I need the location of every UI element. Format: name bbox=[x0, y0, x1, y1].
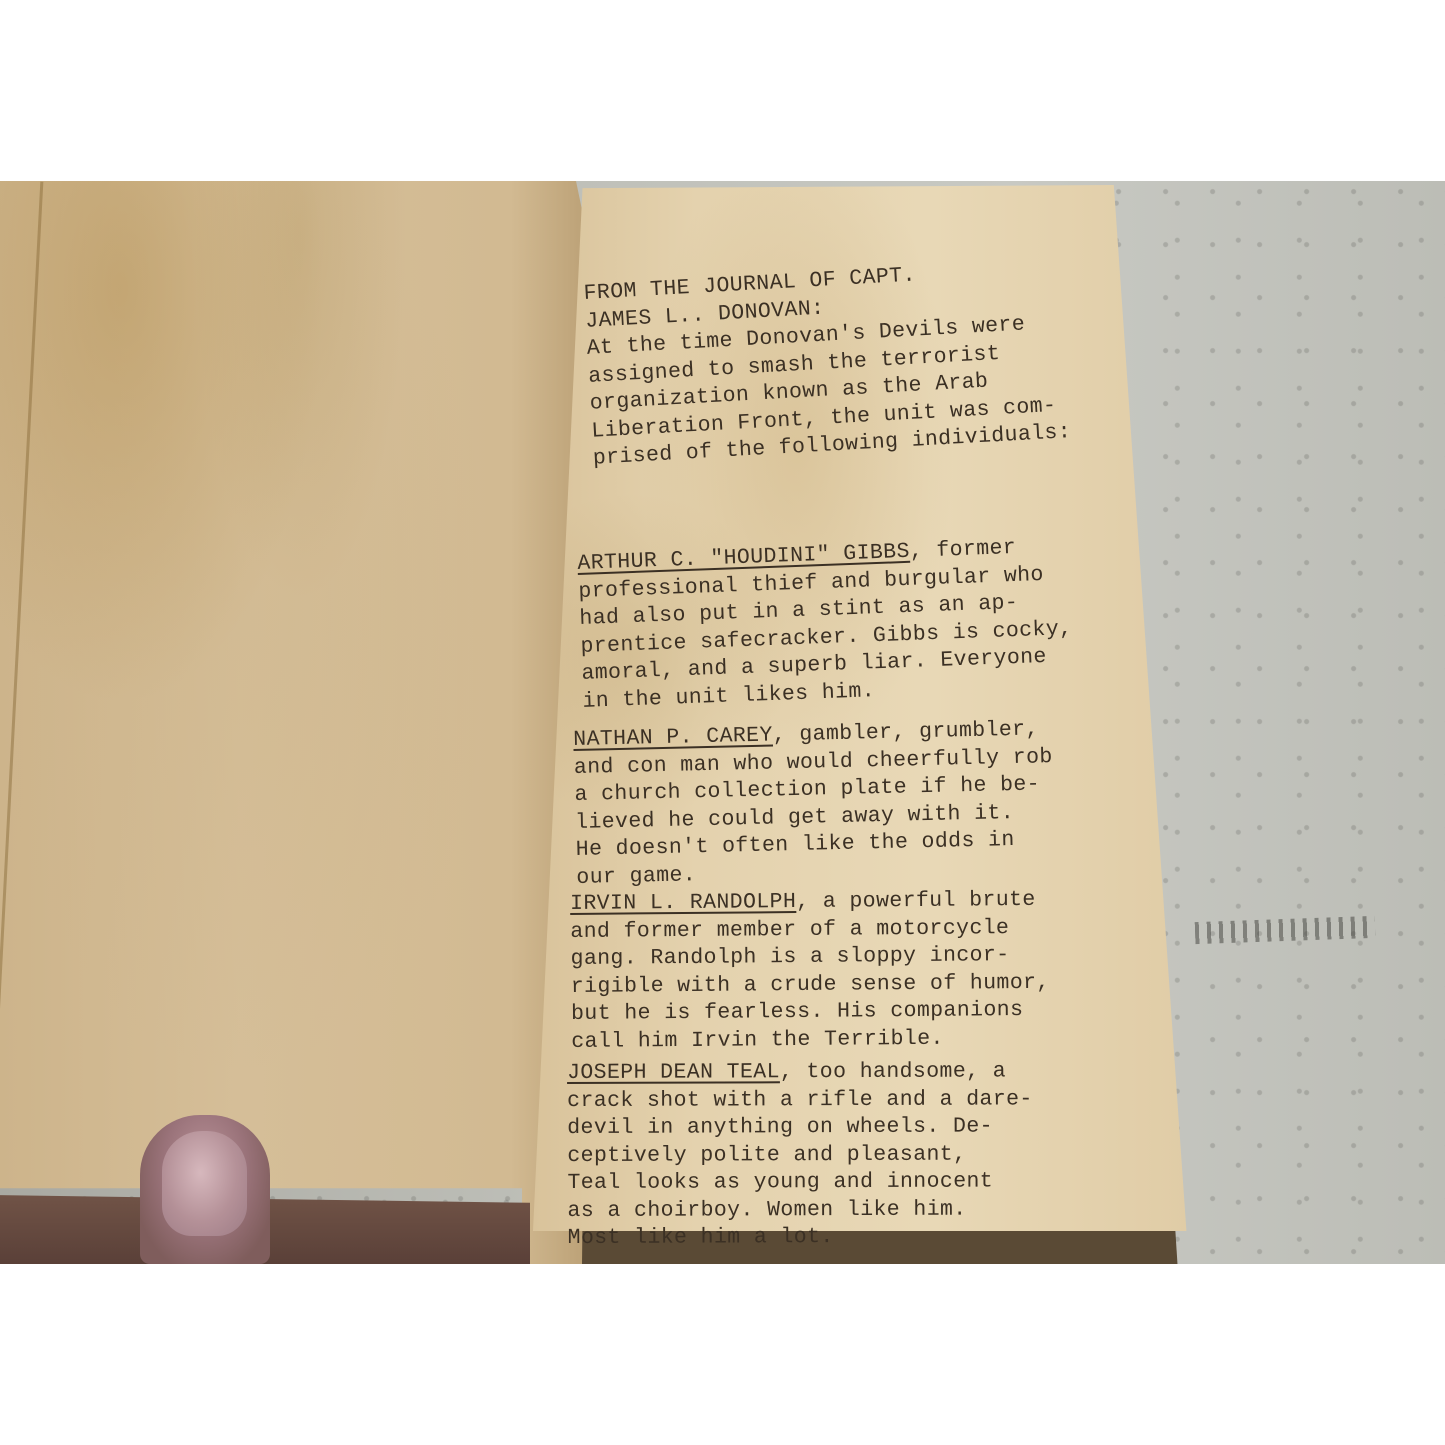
typewritten-text: FROM THE JOURNAL OF CAPT. JAMES L.. DONO… bbox=[575, 281, 1115, 474]
entry-gibbs: ARTHUR C. "HOUDINI" GIBBS, former profes… bbox=[577, 533, 1075, 716]
character-name: JOSEPH DEAN TEAL bbox=[567, 1060, 780, 1085]
character-name: NATHAN P. CAREY bbox=[573, 723, 773, 752]
character-name: IRVIN L. RANDOLPH bbox=[570, 890, 796, 916]
entry-carey: NATHAN P. CAREY, gambler, grumbler, and … bbox=[573, 716, 1056, 892]
page-edge-line bbox=[0, 182, 43, 1264]
thumbnail bbox=[162, 1131, 247, 1236]
entry-teal: JOSEPH DEAN TEAL, too handsome, a crack … bbox=[567, 1058, 1033, 1252]
journal-heading: FROM THE JOURNAL OF CAPT. JAMES L.. DONO… bbox=[583, 251, 1125, 473]
surface-stain bbox=[1195, 916, 1376, 944]
book-photo: FROM THE JOURNAL OF CAPT. JAMES L.. DONO… bbox=[0, 181, 1445, 1264]
left-page-blank bbox=[0, 181, 600, 1264]
entry-randolph: IRVIN L. RANDOLPH, a powerful brute and … bbox=[570, 887, 1050, 1056]
